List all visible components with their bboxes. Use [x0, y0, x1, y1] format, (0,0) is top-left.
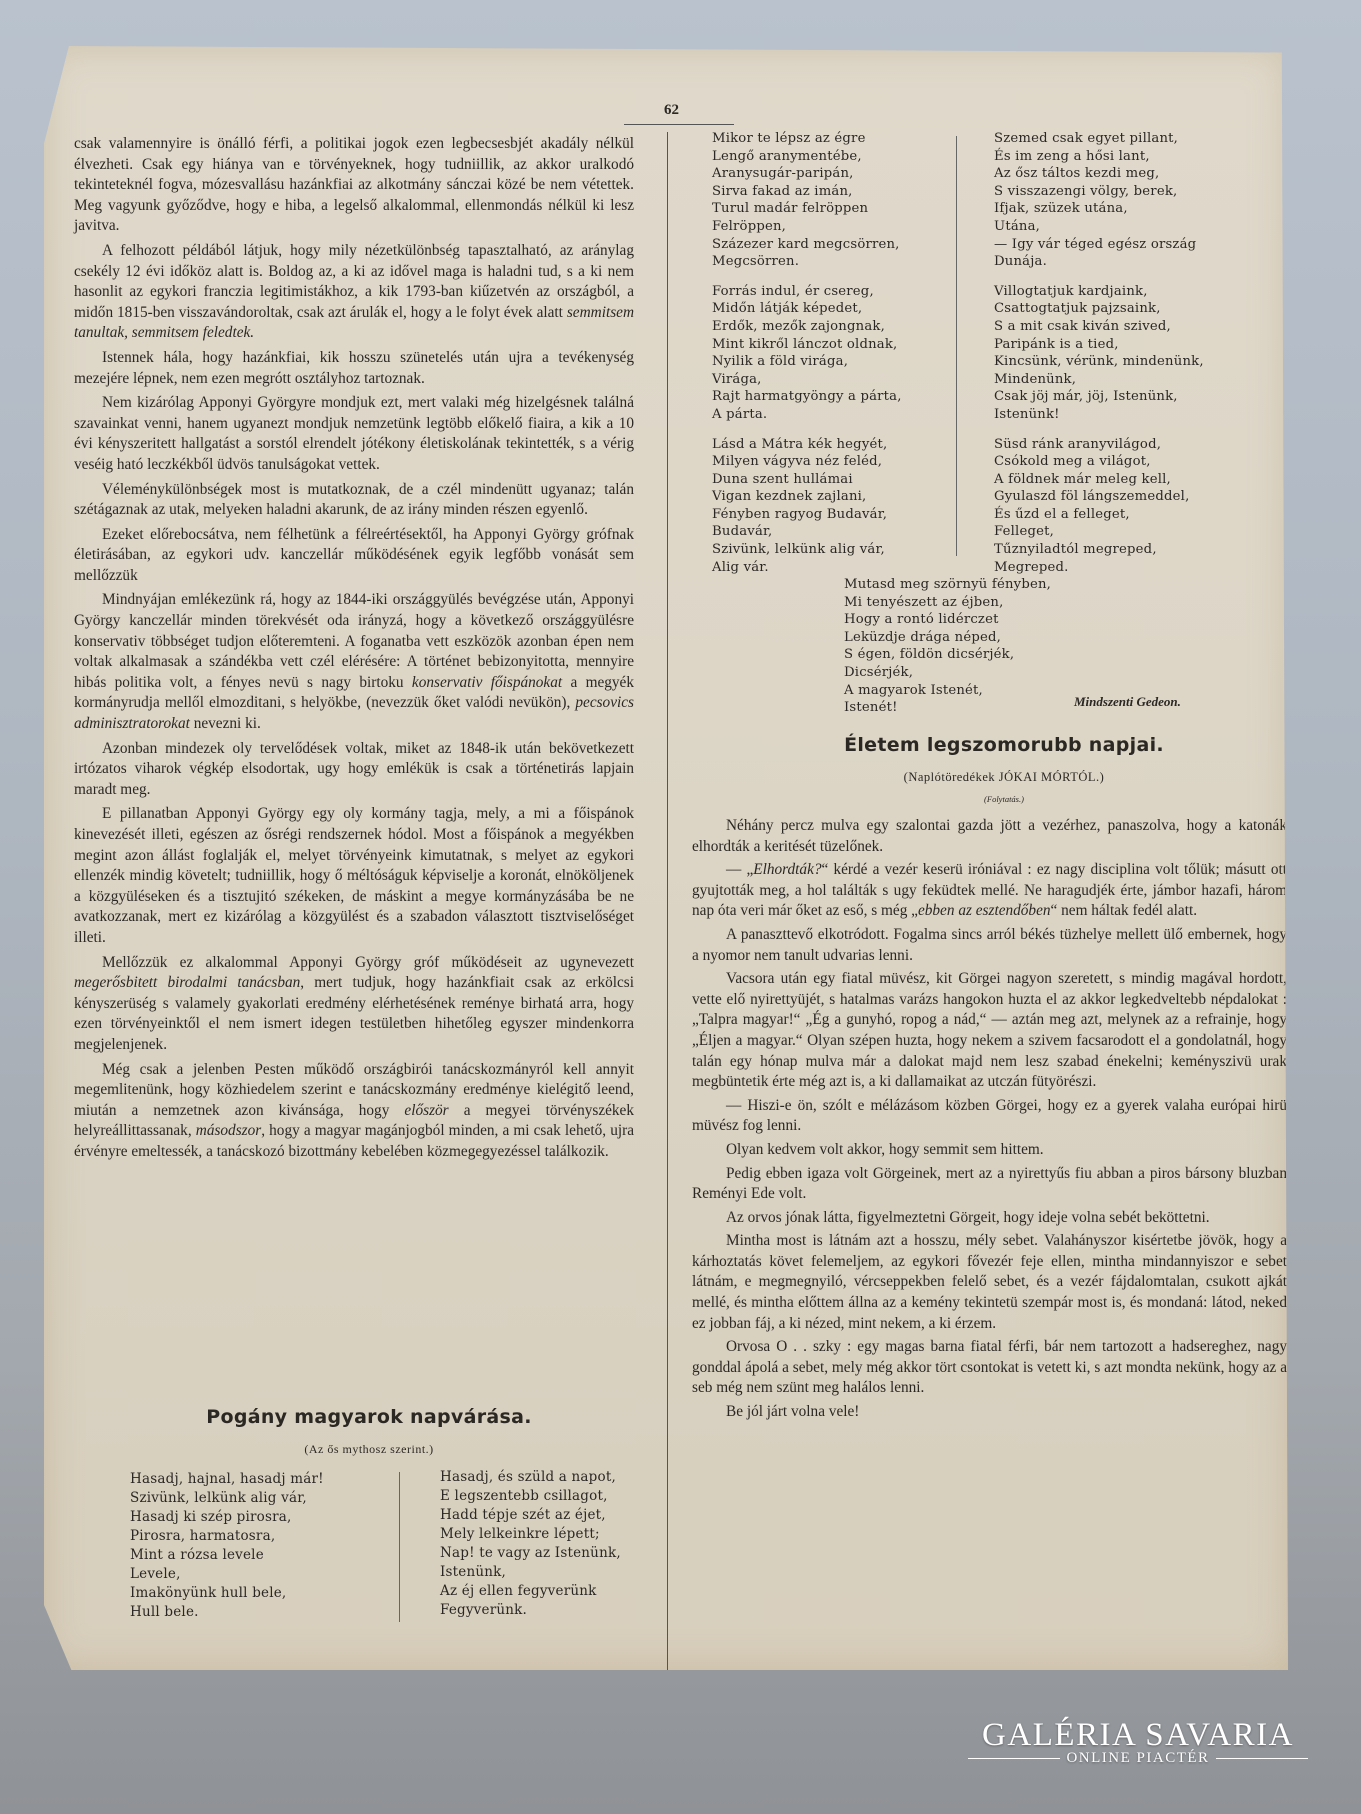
poem-line: Lengő aranymentébe,: [712, 148, 902, 166]
poem-line: Megcsörren.: [712, 253, 902, 271]
stanza: Hasadj, és szüld a napot,E legszentebb c…: [440, 1468, 621, 1620]
poem-first-stanza-right: Hasadj, és szüld a napot,E legszentebb c…: [440, 1468, 621, 1632]
poem-line: Imakönyünk hull bele,: [130, 1584, 324, 1603]
text: Vacsora után egy fiatal müvész, kit Görg…: [692, 970, 1287, 1090]
watermark-line-left: [968, 1758, 1060, 1759]
text: A felhozott példából látjuk, hogy mily n…: [74, 242, 634, 321]
poem-line: E legszentebb csillagot,: [440, 1487, 621, 1506]
poem-line: Mely lelkeinkre lépett;: [440, 1525, 621, 1544]
paragraph: Néhány percz mulva egy szalontai gazda j…: [692, 816, 1287, 857]
poem-line: A párta.: [712, 406, 902, 424]
italic-text: Elhordták?: [753, 861, 821, 878]
text: Be jól járt volna vele!: [726, 1403, 859, 1420]
poem-divider-bottom: [399, 1472, 400, 1622]
poem-author: Mindszenti Gedeon.: [1074, 694, 1181, 710]
poem-line: Megreped.: [994, 559, 1204, 577]
poem-line: Mint kikről lánczot oldnak,: [712, 336, 902, 354]
poem-line: A magyarok Istenét,: [844, 682, 1051, 700]
poem-line: Ifjak, szüzek utána,: [994, 200, 1204, 218]
paragraph: Még csak a jelenben Pesten működő ország…: [74, 1060, 634, 1163]
poem-line: S a mit csak kiván szived,: [994, 318, 1204, 336]
poem-line: Hasadj, és szüld a napot,: [440, 1468, 621, 1487]
poem-line: Hogy a rontó lidérczet: [844, 611, 1051, 629]
text: Nem kizárólag Apponyi Györgyre mondjuk e…: [74, 394, 634, 473]
poem-line: Szivünk, lelkünk alig vár,: [130, 1489, 324, 1508]
text: Az orvos jónak látta, figyelmeztetni Gör…: [726, 1209, 1210, 1226]
poem-line: Mi tenyészett az éjben,: [844, 594, 1051, 612]
paragraph: Istennek hála, hogy hazánkfiai, kik hoss…: [74, 348, 634, 389]
poem-line: S égen, földön dicsérjék,: [844, 646, 1051, 664]
text: Ezeket előrebocsátva, nem félhetünk a fé…: [74, 526, 634, 584]
poem-line: Süsd ránk aranyvilágod,: [994, 436, 1204, 454]
paragraph: Vacsora után egy fiatal müvész, kit Görg…: [692, 969, 1287, 1093]
poem-line: Az éj ellen fegyverünk: [440, 1582, 621, 1601]
text: Istennek hála, hogy hazánkfiai, kik hoss…: [74, 349, 634, 387]
poem-line: Villogtatjuk kardjaink,: [994, 283, 1204, 301]
poem-line: Hadd tépje szét az éjet,: [440, 1506, 621, 1525]
poem-line: Gyulaszd föl lángszemeddel,: [994, 488, 1204, 506]
poem-line: Istenünk,: [440, 1563, 621, 1582]
poem-line: Az ősz táltos kezdi meg,: [994, 165, 1204, 183]
poem-line: Turul madár felröppen: [712, 200, 902, 218]
poem-line: Dunája.: [994, 253, 1204, 271]
paragraph: Azonban mindezek oly tervelődések voltak…: [74, 739, 634, 801]
poem-line: Levele,: [130, 1565, 324, 1584]
poem-line: Istenünk!: [994, 406, 1204, 424]
poem-line: Szivünk, lelkünk alig vár,: [712, 541, 902, 559]
stanza: Forrás indul, ér csereg,Midőn látják kép…: [712, 283, 902, 424]
text: — Hiszi-e ön, szólt e mélázásom közben G…: [692, 1097, 1287, 1135]
poem-line: Aranysugár-paripán,: [712, 165, 902, 183]
poem-line: A földnek már meleg kell,: [994, 471, 1204, 489]
poem-line: Hull bele.: [130, 1603, 324, 1622]
poem-line: Felleget,: [994, 523, 1204, 541]
poem-line: Hasadj ki szép pirosra,: [130, 1508, 324, 1527]
watermark-line-right: [1216, 1758, 1308, 1759]
poem-line: Nap! te vagy az Istenünk,: [440, 1544, 621, 1563]
poem-line: Paripánk is a tied,: [994, 336, 1204, 354]
poem-line: — Igy vár téged egész ország: [994, 236, 1204, 254]
poem-line: Fényben ragyog Budavár,: [712, 506, 902, 524]
text: Mintha most is látnám azt a hosszu, mély…: [692, 1232, 1287, 1331]
paragraph: Be jól járt volna vele!: [692, 1402, 1287, 1423]
poem-line: S visszazengi völgy, berek,: [994, 183, 1204, 201]
poem-line: Hasadj, hajnal, hasadj már!: [130, 1470, 324, 1489]
poem-line: Csattogtatjuk pajzsaink,: [994, 300, 1204, 318]
text: Orvosa O . . szky : egy magas barna fiat…: [692, 1338, 1287, 1396]
paragraph: Mellőzzük ez alkalommal Apponyi György g…: [74, 953, 634, 1056]
paragraph: Pedig ebben igaza volt Görgeinek, mert a…: [692, 1164, 1287, 1205]
paragraph: — Hiszi-e ön, szólt e mélázásom közben G…: [692, 1096, 1287, 1137]
poem-subtitle: (Az ős mythosz szerint.): [74, 1442, 664, 1457]
poem-line: Midőn látják képedet,: [712, 300, 902, 318]
poem-line: Csak jöj már, jöj, Istenünk,: [994, 388, 1204, 406]
poem-column-a: Mikor te lépsz az égreLengő aranymentébe…: [712, 130, 902, 588]
poem-line: Budavár,: [712, 523, 902, 541]
poem-line: Milyen vágyva néz feléd,: [712, 453, 902, 471]
italic-text: először: [404, 1102, 448, 1119]
stanza: Mikor te lépsz az égreLengő aranymentébe…: [712, 130, 902, 271]
stanza: Süsd ránk aranyvilágod,Csókold meg a vil…: [994, 436, 1204, 577]
poem-line: Nyilik a föld virága,: [712, 353, 902, 371]
stanza: Szemed csak egyet pillant,És im zeng a h…: [994, 130, 1204, 271]
poem-line: Vigan kezdnek zajlani,: [712, 488, 902, 506]
italic-text: ebben az esztendőben: [918, 902, 1051, 919]
stanza: Villogtatjuk kardjaink,Csattogtatjuk paj…: [994, 283, 1204, 424]
poem-line: Szemed csak egyet pillant,: [994, 130, 1204, 148]
paragraph: Az orvos jónak látta, figyelmeztetni Gör…: [692, 1208, 1287, 1229]
text: csak valamennyire is önálló férfi, a pol…: [74, 135, 634, 234]
poem-line: És im zeng a hősi lant,: [994, 148, 1204, 166]
poem-line: Pirosra, harmatosra,: [130, 1527, 324, 1546]
paragraph: Mindnyájan emlékezünk rá, hogy az 1844-i…: [74, 590, 634, 734]
text: Pedig ebben igaza volt Görgeinek, mert a…: [692, 1165, 1287, 1203]
poem-line: Rajt harmatgyöngy a párta,: [712, 388, 902, 406]
paragraph: E pillanatban Apponyi György egy oly kor…: [74, 804, 634, 948]
poem-line: És űzd el a felleget,: [994, 506, 1204, 524]
right-column-article: Néhány percz mulva egy szalontai gazda j…: [692, 816, 1287, 1426]
paragraph: Nem kizárólag Apponyi Györgyre mondjuk e…: [74, 393, 634, 475]
poem-line: Tűznyiladtól megreped,: [994, 541, 1204, 559]
poem-title: Pogány magyarok napvárása.: [74, 1406, 664, 1428]
paragraph: A panaszttevő elkotródott. Fogalma sincs…: [692, 925, 1287, 966]
text: Véleménykülönbségek most is mutatkoznak,…: [74, 481, 634, 519]
italic-text: konservativ főispánokat: [412, 674, 562, 691]
paragraph: — „Elhordták?“ kérdé a vezér keserü irón…: [692, 860, 1287, 922]
poem-line: Mindenünk,: [994, 371, 1204, 389]
poem-line: Erdők, mezők zajongnak,: [712, 318, 902, 336]
poem-line: Leküzdje drága néped,: [844, 629, 1051, 647]
paragraph: Ezeket előrebocsátva, nem félhetünk a fé…: [74, 525, 634, 587]
paragraph: Orvosa O . . szky : egy magas barna fiat…: [692, 1337, 1287, 1399]
page-number: 62: [664, 102, 679, 119]
poem-line: Virága,: [712, 371, 902, 389]
poem-line: Alig vár.: [712, 559, 902, 577]
article-note: (Folytatás.): [684, 794, 1324, 804]
watermark-logo: GALÉRIA SAVARIA ONLINE PIACTÉR: [968, 1718, 1308, 1767]
poem-line: Százezer kard megcsörren,: [712, 236, 902, 254]
poem-divider: [956, 136, 957, 556]
poem-line: Duna szent hullámai: [712, 471, 902, 489]
poem-line: Istenét!: [844, 699, 1051, 717]
stanza: Lásd a Mátra kék hegyét,Milyen vágyva né…: [712, 436, 902, 577]
poem-line: Fegyverünk.: [440, 1601, 621, 1620]
poem-line: Utána,: [994, 218, 1204, 236]
poem-line: Mutasd meg szörnyü fényben,: [844, 576, 1051, 594]
italic-text: megerősbitett birodalmi tanácsban: [74, 974, 300, 991]
poem-line: Lásd a Mátra kék hegyét,: [712, 436, 902, 454]
article-title: Életem legszomorubb napjai.: [684, 734, 1324, 756]
text: E pillanatban Apponyi György egy oly kor…: [74, 805, 634, 946]
text: Néhány percz mulva egy szalontai gazda j…: [692, 817, 1287, 855]
poem-line: Mikor te lépsz az égre: [712, 130, 902, 148]
text: A panaszttevő elkotródott. Fogalma sincs…: [692, 926, 1287, 964]
stanza: Hasadj, hajnal, hasadj már!Szivünk, lelk…: [130, 1470, 324, 1622]
text: nevezni ki.: [190, 715, 261, 732]
text: — „: [726, 861, 753, 878]
header-rule: [624, 124, 734, 125]
text: Azonban mindezek oly tervelődések voltak…: [74, 740, 634, 798]
poem-line: Mint a rózsa levele: [130, 1546, 324, 1565]
poem-final-stanza: Mutasd meg szörnyü fényben,Mi tenyészett…: [844, 576, 1051, 729]
stanza: Mutasd meg szörnyü fényben,Mi tenyészett…: [844, 576, 1051, 717]
paragraph: Véleménykülönbségek most is mutatkoznak,…: [74, 480, 634, 521]
text: Olyan kedvem volt akkor, hogy semmit sem…: [726, 1141, 1044, 1158]
text: “ nem háltak fedél alatt.: [1051, 902, 1198, 919]
italic-text: másodszor: [196, 1122, 261, 1139]
left-column-article: csak valamennyire is önálló férfi, a pol…: [74, 134, 634, 1167]
paragraph: A felhozott példából látjuk, hogy mily n…: [74, 241, 634, 344]
poem-column-b: Szemed csak egyet pillant,És im zeng a h…: [994, 130, 1204, 588]
poem-first-stanza-left: Hasadj, hajnal, hasadj már!Szivünk, lelk…: [130, 1470, 324, 1634]
poem-line: Csókold meg a világot,: [994, 453, 1204, 471]
poem-line: Sirva fakad az imán,: [712, 183, 902, 201]
paragraph: Mintha most is látnám azt a hosszu, mély…: [692, 1231, 1287, 1334]
poem-line: Felröppen,: [712, 218, 902, 236]
paragraph: csak valamennyire is önálló férfi, a pol…: [74, 134, 634, 237]
poem-line: Dicsérjék,: [844, 664, 1051, 682]
watermark-title: GALÉRIA SAVARIA: [968, 1718, 1308, 1752]
paragraph: Olyan kedvem volt akkor, hogy semmit sem…: [692, 1140, 1287, 1161]
poem-line: Kincsünk, vérünk, mindenünk,: [994, 353, 1204, 371]
column-divider: [667, 132, 668, 1672]
text: Mellőzzük ez alkalommal Apponyi György g…: [102, 954, 634, 971]
newspaper-page: 62 csak valamennyire is önálló férfi, a …: [44, 46, 1288, 1670]
watermark-subtitle: ONLINE PIACTÉR: [1066, 1750, 1209, 1767]
article-subtitle: (Naplótöredékek JÓKAI MÓRTÓL.): [684, 770, 1324, 785]
poem-line: Forrás indul, ér csereg,: [712, 283, 902, 301]
